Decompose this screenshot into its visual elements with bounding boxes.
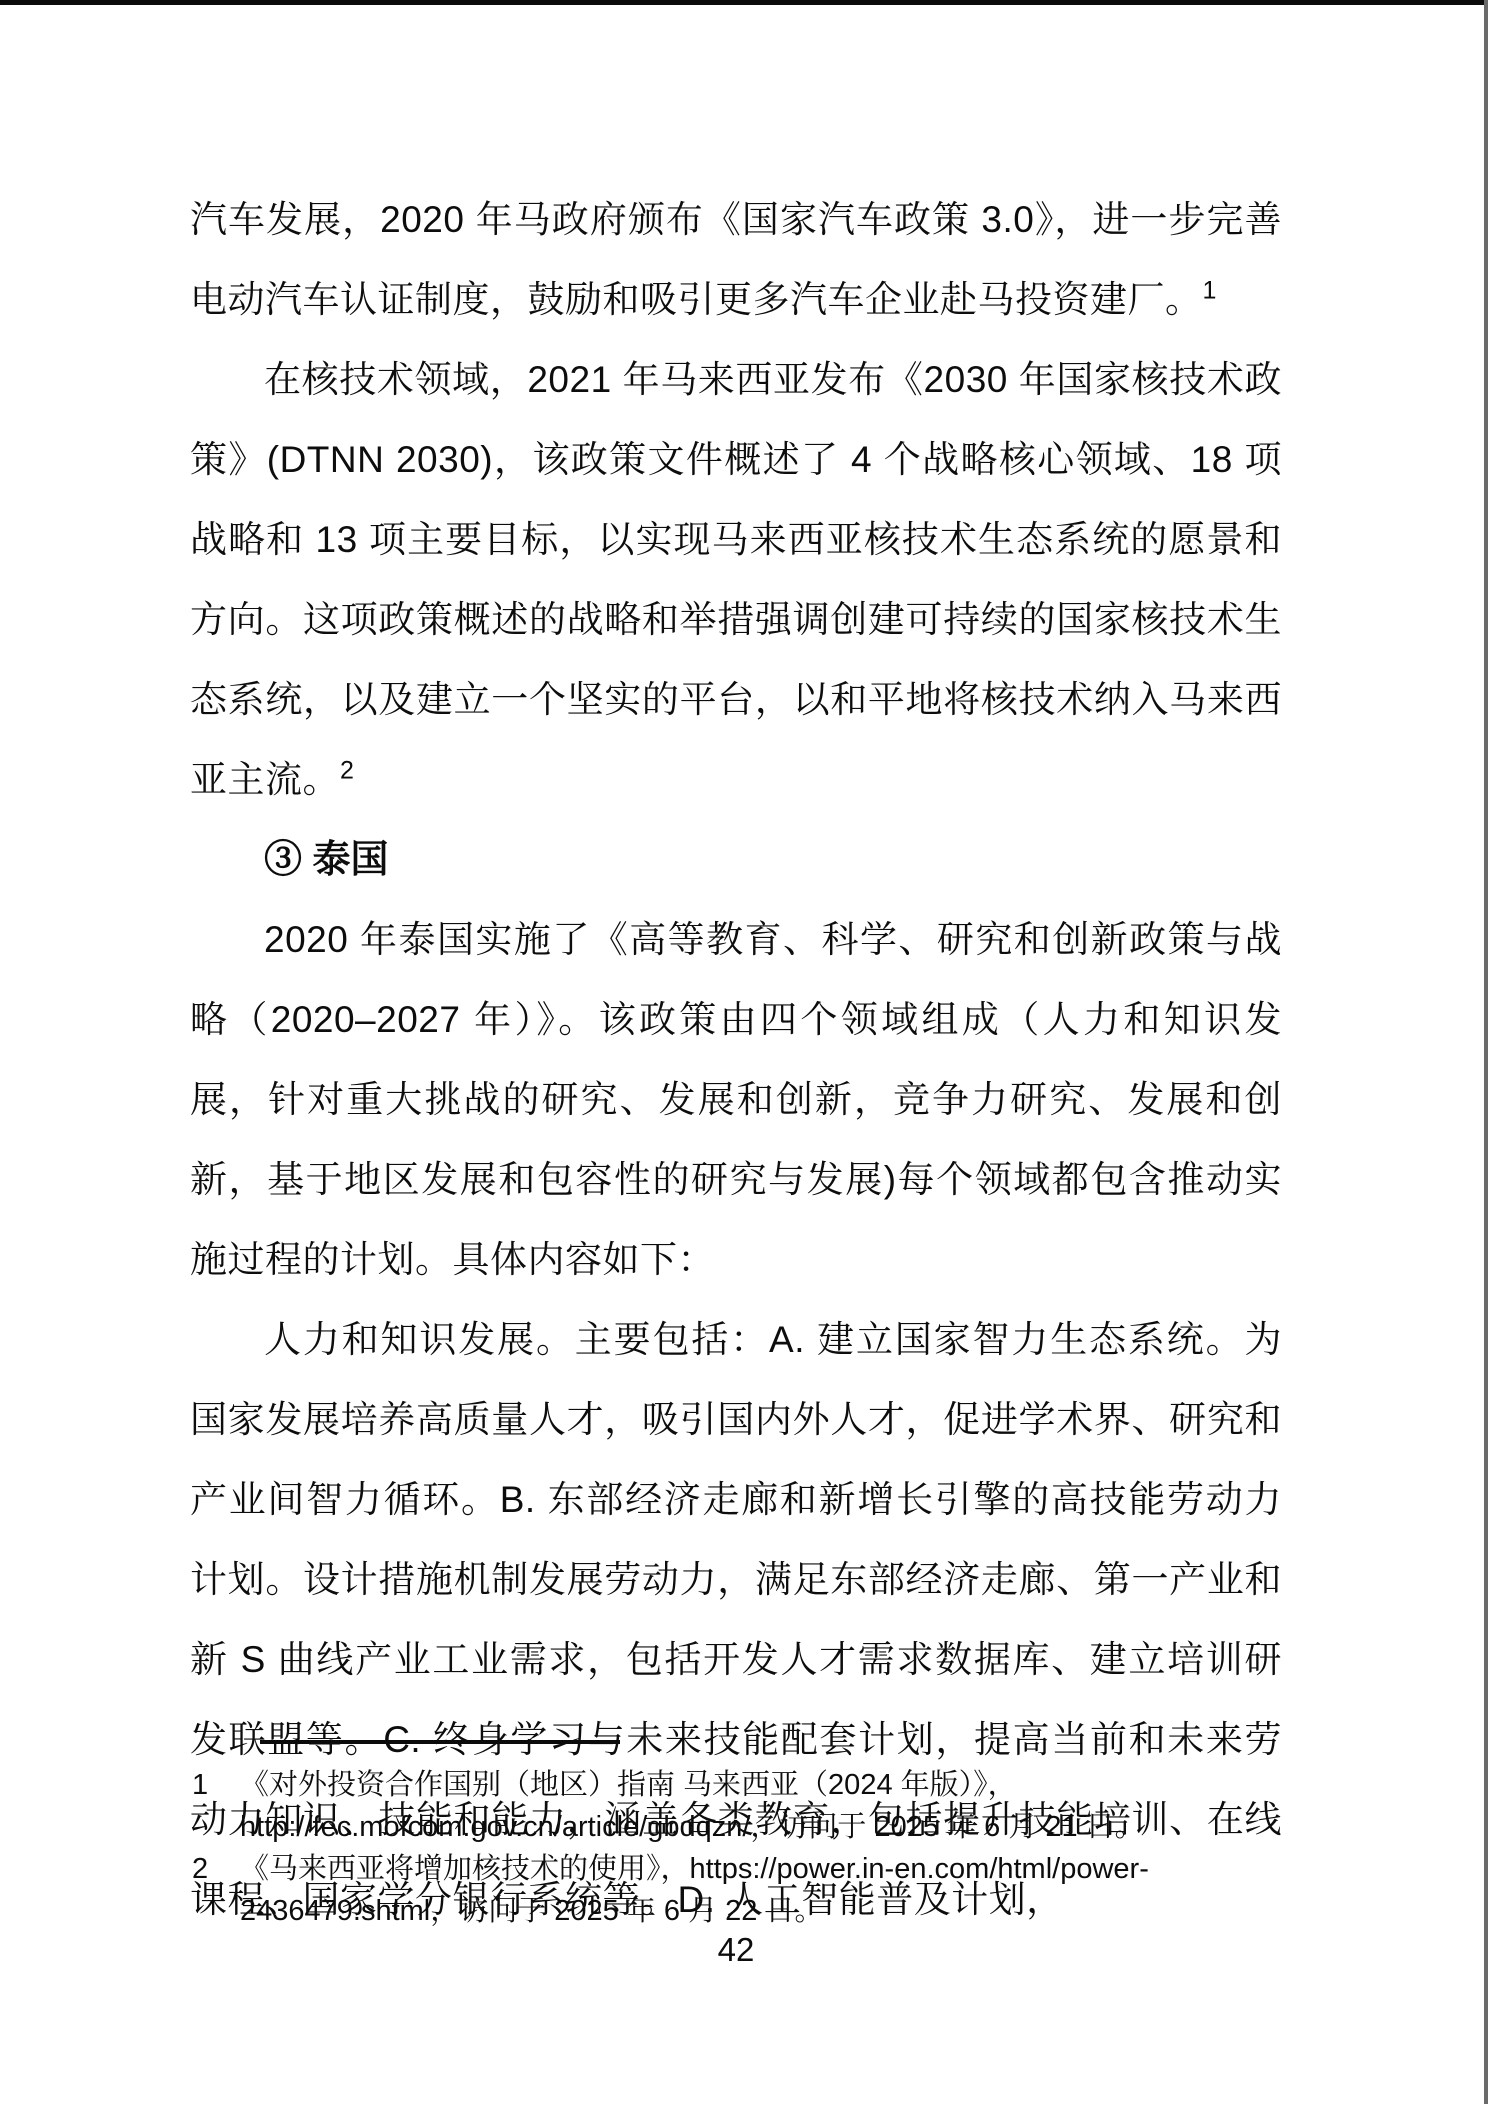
paragraph-text: 汽车发展，2020 年马政府颁布《国家汽车政策 3.0》，进一步完善电动汽车认证…: [190, 199, 1282, 320]
paragraph-text: 2020 年泰国实施了《高等教育、科学、研究和创新政策与战略（2020–2027…: [190, 919, 1282, 1280]
page-right-border: [1484, 0, 1488, 2104]
body-paragraph-automotive: 汽车发展，2020 年马政府颁布《国家汽车政策 3.0》，进一步完善电动汽车认证…: [190, 180, 1282, 340]
footnote-text-line: http://fec.mofcom.gov.cn/article/gbdqzn/…: [240, 1806, 1307, 1848]
body-paragraph-thailand-policy: 2020 年泰国实施了《高等教育、科学、研究和创新政策与战略（2020–2027…: [190, 900, 1282, 1300]
footnote-2: 2 《马来西亚将增加核技术的使用》，https://power.in-en.co…: [192, 1848, 1307, 1932]
footnote-ref-1: 1: [1203, 277, 1217, 305]
page-top-border: [0, 0, 1488, 5]
footnote-1: 1 《对外投资合作国别（地区）指南 马来西亚（2024 年版）》， http:/…: [192, 1764, 1307, 1848]
footnote-separator: [260, 1740, 620, 1744]
page-number: 42: [190, 1930, 1282, 1970]
footnote-number: 1: [192, 1764, 208, 1806]
page-body: 汽车发展，2020 年马政府颁布《国家汽车政策 3.0》，进一步完善电动汽车认证…: [190, 180, 1282, 1940]
body-paragraph-nuclear-policy: 在核技术领域，2021 年马来西亚发布《2030 年国家核技术政策》(DTNN …: [190, 340, 1282, 820]
footnote-text-line: 《对外投资合作国别（地区）指南 马来西亚（2024 年版）》，: [240, 1764, 1307, 1806]
paragraph-text: 在核技术领域，2021 年马来西亚发布《2030 年国家核技术政策》(DTNN …: [190, 359, 1282, 800]
footnote-ref-2: 2: [340, 757, 354, 785]
footnote-text-line: 《马来西亚将增加核技术的使用》，https://power.in-en.com/…: [240, 1848, 1307, 1890]
footnotes-section: 1 《对外投资合作国别（地区）指南 马来西亚（2024 年版）》， http:/…: [192, 1764, 1307, 1932]
document-page: 汽车发展，2020 年马政府颁布《国家汽车政策 3.0》，进一步完善电动汽车认证…: [0, 0, 1488, 2104]
section-heading-thailand: ③ 泰国: [190, 820, 1282, 900]
footnote-number: 2: [192, 1848, 208, 1890]
footnote-text-line: 2436479.shtml，访问于 2025 年 6 月 22 日。: [240, 1890, 1307, 1932]
